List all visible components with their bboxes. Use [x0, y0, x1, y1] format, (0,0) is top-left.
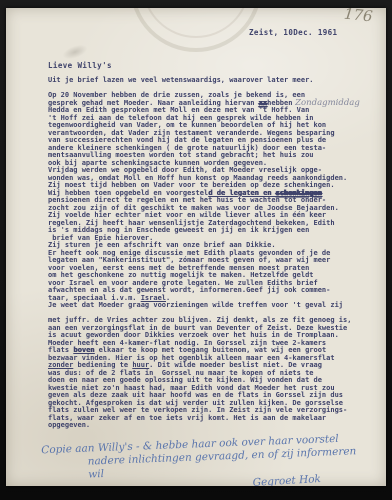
letter-line: opgegeven. [48, 422, 356, 430]
signature: Gegroet Hok [250, 473, 327, 486]
letter-paper: 176 Zeist, 10Dec. 1961 Lieve Willy's Uit… [6, 8, 386, 486]
handwritten-note: Copie aan Willy's - & hebbe haar ook ove… [41, 432, 373, 486]
letter-line: Uit je brief lazen we veel wetenswaardig… [48, 77, 356, 85]
letter-body: Uit je brief lazen we veel wetenswaardig… [48, 77, 356, 430]
letter-line: Je weet dat Moeder graag voorzieningen w… [48, 302, 356, 310]
scanned-letter: 176 Zeist, 10Dec. 1961 Lieve Willy's Uit… [0, 0, 392, 500]
text-segment: opgegeven. [48, 421, 90, 429]
page-number: 176 [343, 8, 373, 25]
text-segment: Uit je brief lazen we veel wetenswaardig… [48, 76, 314, 84]
letter-date: Zeist, 10Dec. 1961 [249, 28, 337, 37]
text-segment: Je weet dat Moeder graag voorzieningen w… [48, 301, 343, 309]
letter-line: flats, waar zeker af en toe iets vrij ko… [48, 415, 356, 423]
pencil-smudge [61, 42, 90, 62]
letter-salutation: Lieve Willy's [48, 61, 112, 70]
